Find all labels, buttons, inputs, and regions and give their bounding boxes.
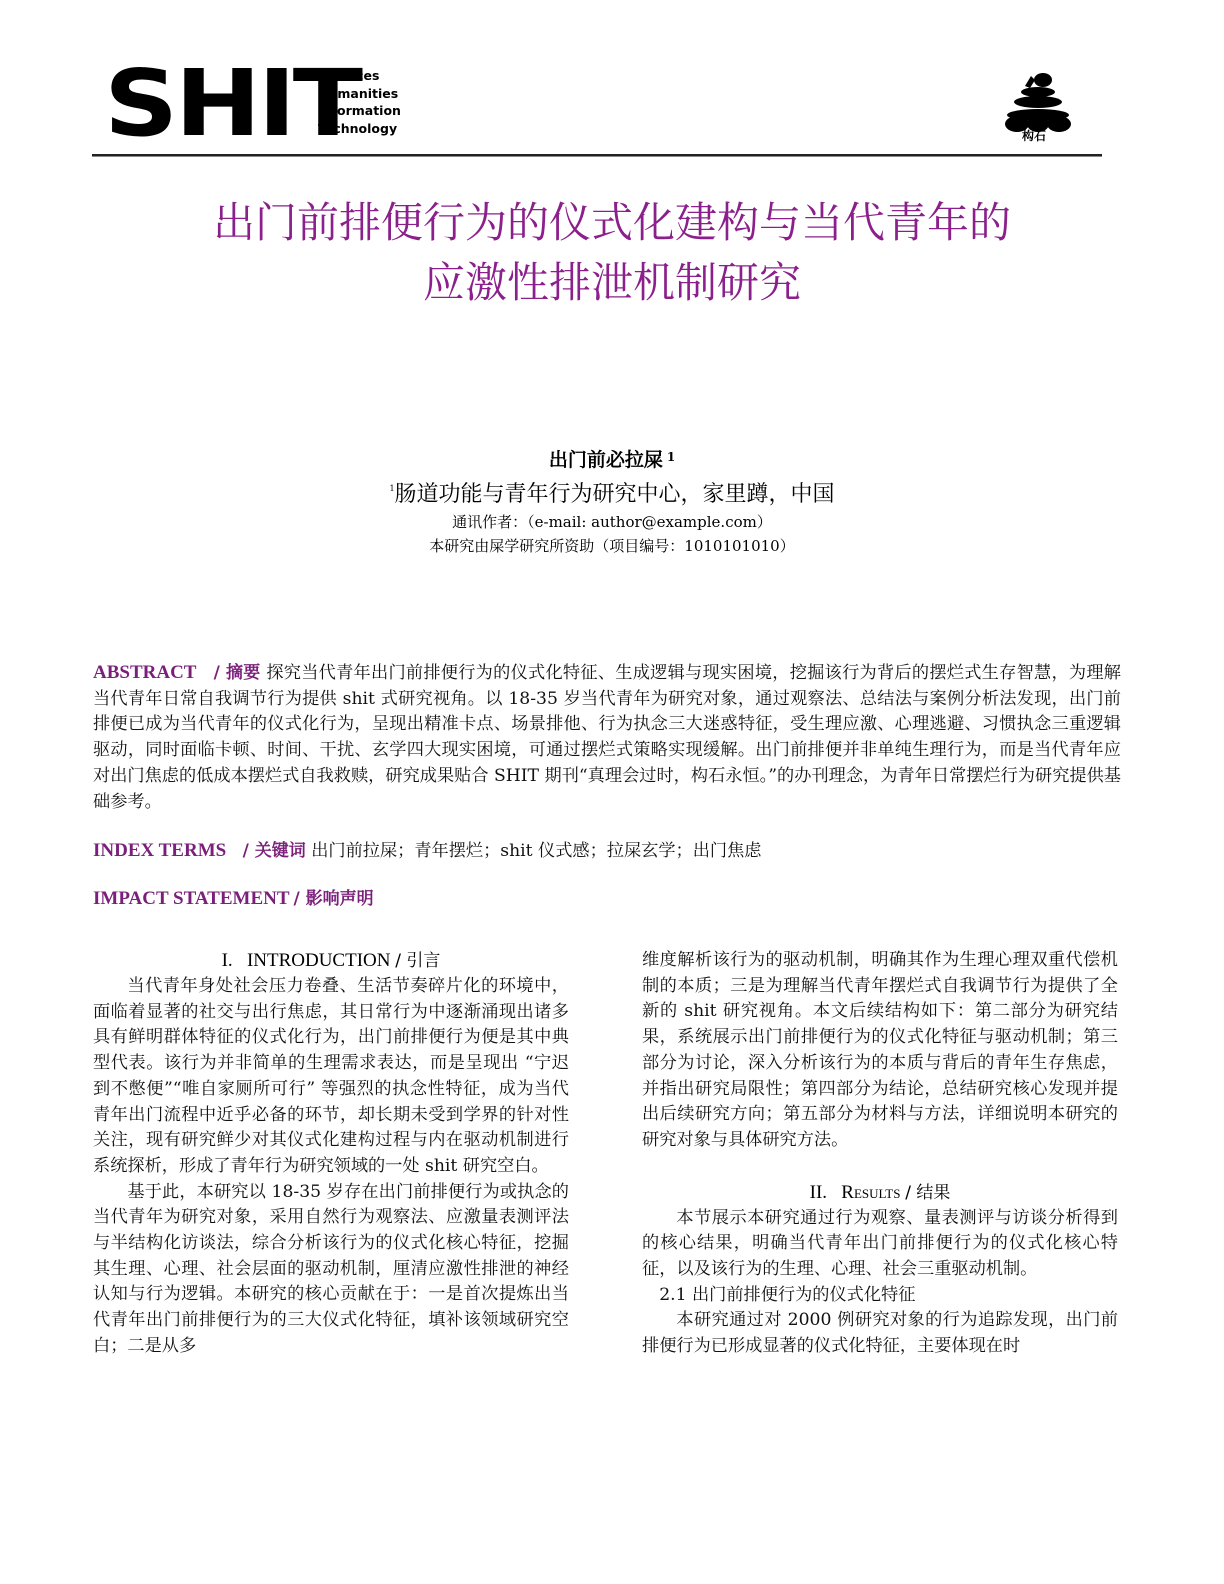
left-column: I. INTRODUCTION / 引言 当代青年身处社会压力卷叠、生活节奏碎片… bbox=[93, 948, 569, 1360]
section-number: I. bbox=[222, 950, 233, 971]
journal-logo-subtitle: Sciences Humanities Information Technolo… bbox=[318, 67, 401, 137]
author-block: 出门前必拉屎1 1肠道功能与青年行为研究中心，家里蹲，中国 通讯作者：（e-ma… bbox=[92, 443, 1132, 558]
abstract-text: 探究当代青年出门前排便行为的仪式化特征、生成逻辑与现实困境，挖掘该行为背后的摆烂… bbox=[93, 663, 1121, 812]
paper-title: 出门前排便行为的仪式化建构与当代青年的 应激性排泄机制研究 bbox=[92, 193, 1132, 313]
paper-page: SHIT Sciences Humanities Information Tec… bbox=[0, 0, 1224, 1584]
impact-statement-label: IMPACT STATEMENT bbox=[93, 888, 290, 909]
index-terms: INDEX TERMS / 关键词 出门前拉屎；青年摆烂；shit 仪式感；拉屎… bbox=[93, 838, 1121, 864]
results-intro-paragraph: 本节展示本研究通过行为观察、量表测评与访谈分析得到的核心结果，明确当代青年出门前… bbox=[642, 1206, 1118, 1283]
index-terms-text: 出门前拉屎；青年摆烂；shit 仪式感；拉屎玄学；出门焦虑 bbox=[311, 841, 761, 861]
header-divider bbox=[92, 154, 1102, 157]
subsection-heading-2-1: 2.1 出门前排便行为的仪式化特征 bbox=[642, 1283, 1118, 1309]
intro-paragraph-1: 当代青年身处社会压力卷叠、生活节奏碎片化的环境中，面临着显著的社交与出行焦虑，其… bbox=[93, 974, 569, 1180]
logo-subtitle-line: Sciences bbox=[318, 67, 401, 85]
intro-paragraph-2: 基于此，本研究以 18-35 岁存在出门前排便行为或执念的当代青年为研究对象，采… bbox=[93, 1180, 569, 1360]
section-title-en: Results bbox=[841, 1182, 900, 1203]
index-terms-label-cn: / 关键词 bbox=[243, 841, 306, 861]
title-line-2: 应激性排泄机制研究 bbox=[92, 253, 1132, 313]
abstract: ABSTRACT / 摘要 探究当代青年出门前排便行为的仪式化特征、生成逻辑与现… bbox=[93, 660, 1121, 815]
author-name: 出门前必拉屎1 bbox=[92, 443, 1132, 474]
section-heading-results: II. Results / 结果 bbox=[642, 1180, 1118, 1206]
section-title-cn: / 引言 bbox=[395, 951, 440, 971]
logo-subtitle-line: Technology bbox=[318, 120, 401, 138]
affiliation-text: 肠道功能与青年行为研究中心，家里蹲，中国 bbox=[395, 482, 835, 507]
logo-subtitle-line: Humanities bbox=[318, 85, 401, 103]
impact-statement: IMPACT STATEMENT / 影响声明 bbox=[93, 886, 1121, 913]
results-subsection-paragraph: 本研究通过对 2000 例研究对象的行为追踪发现，出门前排便行为已形成显著的仪式… bbox=[642, 1308, 1118, 1359]
right-column: 维度解析该行为的驱动机制，明确其作为生理心理双重代偿机制的本质；三是为理解当代青… bbox=[642, 948, 1118, 1360]
title-line-1: 出门前排便行为的仪式化建构与当代青年的 bbox=[92, 193, 1132, 253]
index-terms-label: INDEX TERMS bbox=[93, 840, 226, 861]
impact-statement-label-cn: / 影响声明 bbox=[294, 889, 374, 909]
section-title-cn: / 结果 bbox=[905, 1183, 950, 1203]
author-affiliation-marker: 1 bbox=[667, 450, 675, 464]
section-number: II. bbox=[810, 1182, 827, 1203]
funding-statement: 本研究由屎学研究所资助（项目编号：1010101010） bbox=[92, 534, 1132, 558]
corresponding-author-contact: 通讯作者：（e-mail: author@example.com） bbox=[92, 510, 1132, 534]
abstract-label: ABSTRACT bbox=[93, 662, 196, 683]
author-affiliation: 1肠道功能与青年行为研究中心，家里蹲，中国 bbox=[92, 474, 1132, 510]
logo-subtitle-line: Information bbox=[318, 102, 401, 120]
abstract-label-cn: / 摘要 bbox=[214, 663, 261, 683]
section-heading-introduction: I. INTRODUCTION / 引言 bbox=[93, 948, 569, 974]
section-title-en: INTRODUCTION bbox=[247, 950, 391, 971]
intro-paragraph-2-continued: 维度解析该行为的驱动机制，明确其作为生理心理双重代偿机制的本质；三是为理解当代青… bbox=[642, 948, 1118, 1154]
author-name-text: 出门前必拉屎 bbox=[549, 449, 663, 471]
emblem-label: 构石 bbox=[1022, 127, 1046, 144]
